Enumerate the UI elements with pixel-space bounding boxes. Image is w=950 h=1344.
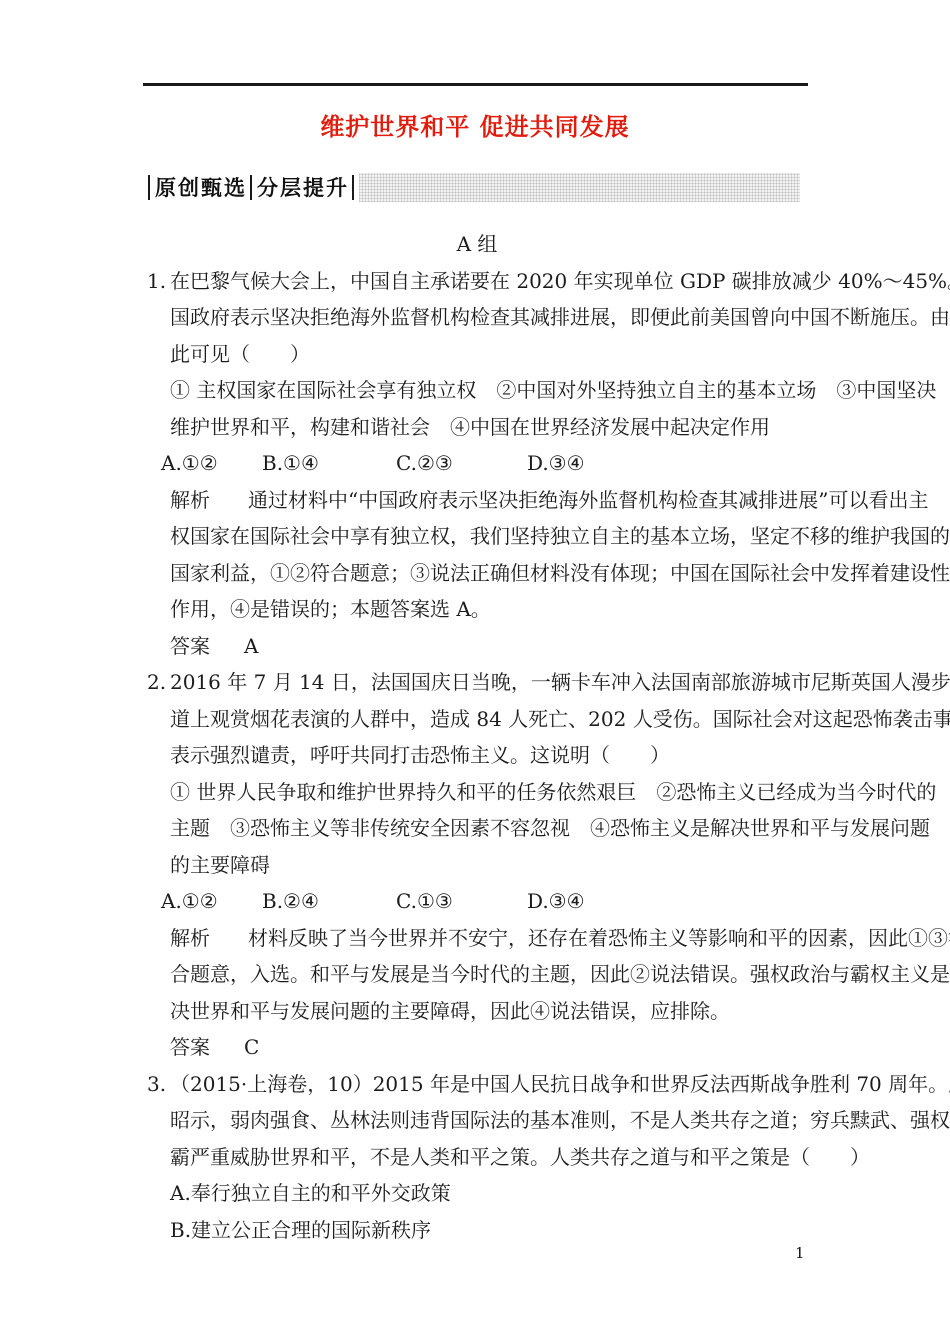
analysis-text: 材料反映了当今世界并不安宁，还存在着恐怖主义等影响和平的因素，因此①③符 bbox=[248, 926, 950, 950]
header-badge: 原创甄选 分层提升 bbox=[148, 172, 950, 202]
stem-text: 在巴黎气候大会上，中国自主承诺要在 2020 年实现单位 GDP 碳排放减少 4… bbox=[170, 269, 950, 293]
items-line: ① 世界人民争取和维护世界持久和平的任务依然艰巨 ②恐怖主义已经成为当今时代的 bbox=[170, 774, 814, 811]
option-a: A.①② bbox=[161, 883, 262, 920]
title-divider-rule bbox=[143, 83, 808, 86]
stem-line: 2.2016 年 7 月 14 日，法国国庆日当晚，一辆卡车冲入法国南部旅游城市… bbox=[170, 664, 814, 701]
analysis-line: 作用，④是错误的；本题答案选 A。 bbox=[170, 591, 814, 628]
stem-line: 昭示，弱肉强食、丛林法则违背国际法的基本准则，不是人类共存之道；穷兵黩武、强权独 bbox=[170, 1102, 814, 1139]
option-b: B.①④ bbox=[262, 445, 396, 482]
option-c: C.②③ bbox=[396, 445, 527, 482]
stem-line: 道上观赏烟花表演的人群中，造成 84 人死亡、202 人受伤。国际社会对这起恐怖… bbox=[170, 701, 814, 738]
stem-line: 表示强烈谴责，呼吁共同打击恐怖主义。这说明（ ） bbox=[170, 737, 814, 774]
question-number: 3. bbox=[147, 1066, 166, 1103]
items-line: ① 主权国家在国际社会享有独立权 ②中国对外坚持独立自主的基本立场 ③中国坚决 bbox=[170, 372, 814, 409]
answer-line: 答案C bbox=[170, 1029, 814, 1066]
analysis-label: 解析 bbox=[170, 488, 210, 512]
stem-line: 此可见（ ） bbox=[170, 336, 814, 373]
question-3: 3.（2015·上海卷，10）2015 年是中国人民抗日战争和世界反法西斯战争胜… bbox=[170, 1066, 814, 1249]
option-d: D.③④ bbox=[527, 445, 585, 482]
items-line: 主题 ③恐怖主义等非传统安全因素不容忽视 ④恐怖主义是解决世界和平与发展问题 bbox=[170, 810, 814, 847]
answer-value: C bbox=[244, 1035, 259, 1059]
page-number: 1 bbox=[795, 1244, 805, 1262]
answer-label: 答案 bbox=[170, 634, 210, 658]
option-a-line: A.奉行独立自主的和平外交政策 bbox=[170, 1175, 814, 1212]
badge-label-tiered-improvement: 分层提升 bbox=[252, 172, 352, 202]
analysis-line: 决世界和平与发展问题的主要障碍，因此④说法错误，应排除。 bbox=[170, 993, 814, 1030]
options-row: A.①②B.②④C.①③D.③④ bbox=[161, 883, 814, 920]
items-line: 维护世界和平，构建和谐社会 ④中国在世界经济发展中起决定作用 bbox=[170, 409, 814, 446]
analysis-label: 解析 bbox=[170, 926, 210, 950]
stem-line: 霸严重威胁世界和平，不是人类和平之策。人类共存之道与和平之策是（ ） bbox=[170, 1139, 814, 1176]
analysis-line: 权国家在国际社会中享有独立权，我们坚持独立自主的基本立场，坚定不移的维护我国的 bbox=[170, 518, 814, 555]
document-body: A 组 1.在巴黎气候大会上，中国自主承诺要在 2020 年实现单位 GDP 碳… bbox=[170, 226, 814, 1248]
analysis-line: 解析材料反映了当今世界并不安宁，还存在着恐怖主义等影响和平的因素，因此①③符 bbox=[170, 920, 814, 957]
badge-separator-bar bbox=[352, 175, 354, 200]
hatch-pattern bbox=[359, 173, 800, 202]
option-a: A.①② bbox=[161, 445, 262, 482]
analysis-line: 解析通过材料中“中国政府表示坚决拒绝海外监督机构检查其减排进展”可以看出主 bbox=[170, 482, 814, 519]
document-page: 维护世界和平 促进共同发展 原创甄选 分层提升 A 组 1.在巴黎气候大会上，中… bbox=[0, 0, 950, 1344]
analysis-text: 通过材料中“中国政府表示坚决拒绝海外监督机构检查其减排进展”可以看出主 bbox=[248, 488, 928, 512]
analysis-line: 合题意，入选。和平与发展是当今时代的主题，因此②说法错误。强权政治与霸权主义是解 bbox=[170, 956, 814, 993]
stem-line: 3.（2015·上海卷，10）2015 年是中国人民抗日战争和世界反法西斯战争胜… bbox=[170, 1066, 814, 1103]
answer-label: 答案 bbox=[170, 1035, 210, 1059]
stem-line: 1.在巴黎气候大会上，中国自主承诺要在 2020 年实现单位 GDP 碳排放减少… bbox=[170, 263, 814, 300]
stem-line: 国政府表示坚决拒绝海外监督机构检查其减排进展，即便此前美国曾向中国不断施压。由 bbox=[170, 299, 814, 336]
options-row: A.①②B.①④C.②③D.③④ bbox=[161, 445, 814, 482]
items-line: 的主要障碍 bbox=[170, 847, 814, 884]
badge-label-original-selection: 原创甄选 bbox=[150, 172, 250, 202]
question-2: 2.2016 年 7 月 14 日，法国国庆日当晚，一辆卡车冲入法国南部旅游城市… bbox=[170, 664, 814, 1066]
question-number: 2. bbox=[147, 664, 166, 701]
stem-text: （2015·上海卷，10）2015 年是中国人民抗日战争和世界反法西斯战争胜利 … bbox=[170, 1072, 950, 1096]
answer-value: A bbox=[244, 634, 258, 658]
question-1: 1.在巴黎气候大会上，中国自主承诺要在 2020 年实现单位 GDP 碳排放减少… bbox=[170, 263, 814, 665]
option-b-line: B.建立公正合理的国际新秩序 bbox=[170, 1212, 814, 1249]
option-b: B.②④ bbox=[262, 883, 396, 920]
option-c: C.①③ bbox=[396, 883, 527, 920]
question-number: 1. bbox=[147, 263, 166, 300]
group-label: A 组 bbox=[170, 226, 784, 263]
page-title: 维护世界和平 促进共同发展 bbox=[0, 112, 950, 142]
analysis-line: 国家利益，①②符合题意；③说法正确但材料没有体现；中国在国际社会中发挥着建设性 bbox=[170, 555, 814, 592]
option-d: D.③④ bbox=[527, 883, 585, 920]
answer-line: 答案A bbox=[170, 628, 814, 665]
stem-text: 2016 年 7 月 14 日，法国国庆日当晚，一辆卡车冲入法国南部旅游城市尼斯… bbox=[170, 670, 950, 694]
